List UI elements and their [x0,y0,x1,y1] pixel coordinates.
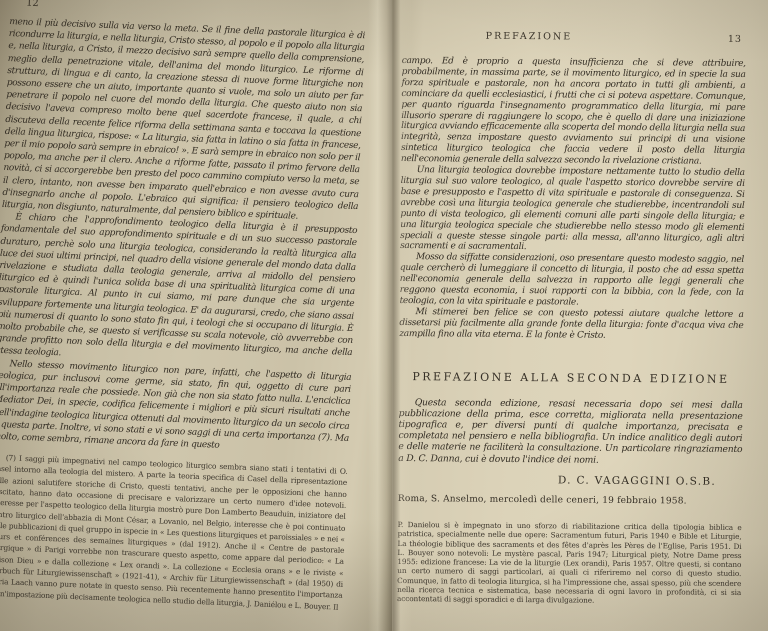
body-paragraph: Mosso da siffatte considerazioni, oso pr… [400,252,744,310]
running-header-title: PREFAZIONE [392,30,701,44]
author-signature: D. C. VAGAGGINI O.S.B. [398,473,742,488]
body-paragraph: Una liturgia teologica dovrebbe impostar… [400,165,745,255]
footnote: P. Danielou si è impegnato in uno sforzo… [397,520,742,607]
book-spread: 12 meno il più decisivo sulla via verso … [0,0,768,631]
running-header: PREFAZIONE 13 [402,30,746,49]
section-heading: PREFAZIONE ALLA SECONDA EDIZIONE [399,370,743,386]
right-page-body: campo. Ed è proprio a questa insufficien… [399,56,745,343]
right-page: PREFAZIONE 13 campo. Ed è proprio a ques… [392,0,768,631]
footnote: (7) I saggi più impegnativi nel campo te… [0,452,348,613]
left-page: 12 meno il più decisivo sulla via verso … [0,0,392,631]
dateline: Roma, S. Anselmo, mercoledì delle ceneri… [398,494,742,507]
left-page-body: meno il più decisivo sulla via verso la … [0,16,365,457]
body-paragraph: Mi stimerei ben felice se con questo pot… [399,307,743,343]
body-paragraph: È chiaro che l'approfondimento teologico… [0,211,357,372]
body-paragraph: meno il più decisivo sulla via verso la … [2,16,366,225]
page-number-left: 12 [26,0,39,9]
second-edition-paragraph: Questa seconda edizione, resasi necessar… [398,397,743,467]
body-paragraph: Nello stesso movimento liturgico non par… [0,357,352,457]
left-page-content: 12 meno il più decisivo sulla via verso … [0,4,366,613]
body-paragraph: campo. Ed è proprio a questa insufficien… [401,56,746,168]
page-number-right: 13 [728,34,742,45]
right-page-content: PREFAZIONE 13 campo. Ed è proprio a ques… [397,30,746,607]
